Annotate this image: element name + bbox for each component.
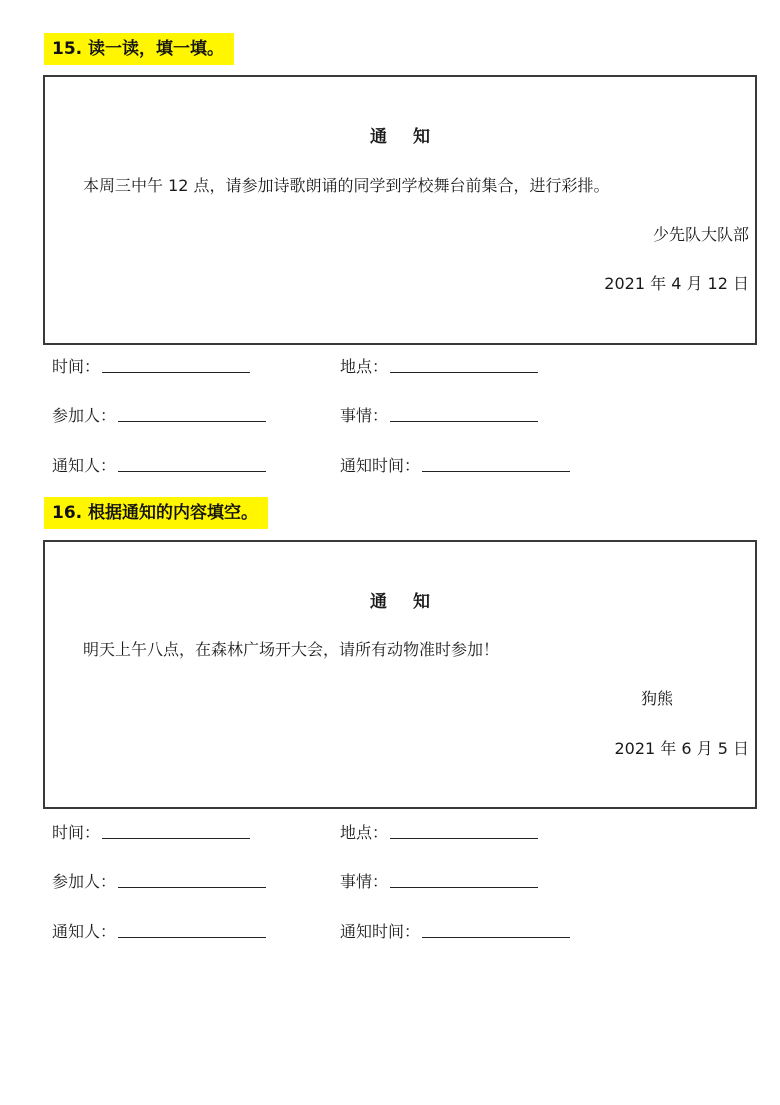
field-notice-time[interactable]: 通知时间： bbox=[340, 919, 570, 942]
notice-title-char: 知 bbox=[413, 587, 430, 612]
blank-line[interactable] bbox=[390, 371, 538, 373]
field-time[interactable]: 时间： bbox=[52, 820, 250, 843]
field-participants[interactable]: 参加人： bbox=[52, 869, 266, 892]
field-place[interactable]: 地点： bbox=[340, 354, 538, 377]
blank-line[interactable] bbox=[422, 470, 570, 472]
blank-line[interactable] bbox=[102, 837, 250, 839]
blank-line[interactable] bbox=[118, 936, 266, 938]
field-matter[interactable]: 事情： bbox=[340, 403, 538, 426]
blank-line[interactable] bbox=[390, 420, 538, 422]
field-label: 通知人： bbox=[52, 453, 116, 476]
notice-title-char: 通 bbox=[370, 122, 387, 147]
blank-line[interactable] bbox=[422, 936, 570, 938]
notice-body: 本周三中午 12 点，请参加诗歌朗诵的同学到学校舞台前集合，进行彩排。 bbox=[83, 173, 610, 196]
field-place[interactable]: 地点： bbox=[340, 820, 538, 843]
field-label: 参加人： bbox=[52, 869, 116, 892]
field-label: 参加人： bbox=[52, 403, 116, 426]
field-label: 通知人： bbox=[52, 919, 116, 942]
blank-line[interactable] bbox=[118, 886, 266, 888]
field-participants[interactable]: 参加人： bbox=[52, 403, 266, 426]
blank-line[interactable] bbox=[390, 837, 538, 839]
field-notifier[interactable]: 通知人： bbox=[52, 453, 266, 476]
notice-box-15: 通知 本周三中午 12 点，请参加诗歌朗诵的同学到学校舞台前集合，进行彩排。 少… bbox=[43, 75, 757, 345]
notice-date: 2021 年 6 月 5 日 bbox=[614, 736, 749, 759]
field-label: 地点： bbox=[340, 354, 388, 377]
field-notice-time[interactable]: 通知时间： bbox=[340, 453, 570, 476]
notice-signature: 少先队大队部 bbox=[653, 222, 749, 245]
field-label: 时间： bbox=[52, 354, 100, 377]
blank-line[interactable] bbox=[102, 371, 250, 373]
field-label: 事情： bbox=[340, 869, 388, 892]
notice-title: 通知 bbox=[45, 122, 755, 147]
question-16-heading: 16. 根据通知的内容填空。 bbox=[44, 497, 268, 529]
field-time[interactable]: 时间： bbox=[52, 354, 250, 377]
field-label: 时间： bbox=[52, 820, 100, 843]
notice-signature: 狗熊 bbox=[641, 686, 673, 709]
notice-body: 明天上午八点，在森林广场开大会，请所有动物准时参加！ bbox=[83, 637, 499, 660]
field-label: 地点： bbox=[340, 820, 388, 843]
question-15-heading: 15. 读一读，填一填。 bbox=[44, 33, 234, 65]
blank-line[interactable] bbox=[118, 420, 266, 422]
notice-title: 通知 bbox=[45, 587, 755, 612]
field-label: 事情： bbox=[340, 403, 388, 426]
field-label: 通知时间： bbox=[340, 453, 420, 476]
field-matter[interactable]: 事情： bbox=[340, 869, 538, 892]
notice-date: 2021 年 4 月 12 日 bbox=[604, 271, 749, 294]
blank-line[interactable] bbox=[390, 886, 538, 888]
field-label: 通知时间： bbox=[340, 919, 420, 942]
notice-title-char: 知 bbox=[413, 122, 430, 147]
notice-title-char: 通 bbox=[370, 587, 387, 612]
blank-line[interactable] bbox=[118, 470, 266, 472]
notice-box-16: 通知 明天上午八点，在森林广场开大会，请所有动物准时参加！ 狗熊 2021 年 … bbox=[43, 540, 757, 809]
field-notifier[interactable]: 通知人： bbox=[52, 919, 266, 942]
